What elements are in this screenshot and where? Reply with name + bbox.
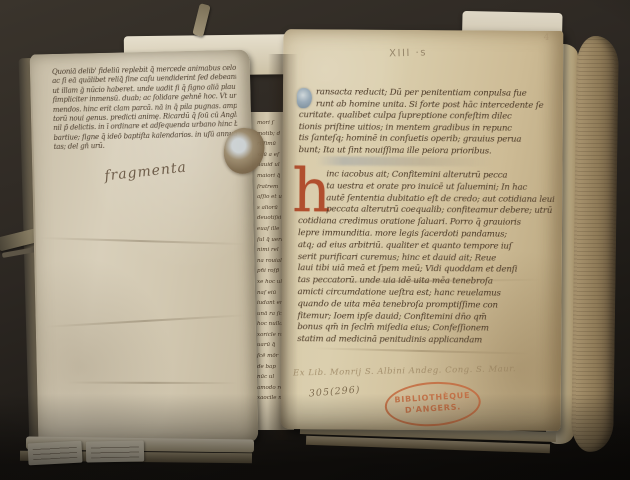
shelfmark: XIII ·s — [389, 47, 427, 59]
gutter-shadow — [268, 54, 298, 440]
bottom-fragment-tab — [86, 440, 144, 462]
script-line: ta uestra et orate pro inuicē ut ſaluemi… — [326, 181, 554, 194]
tab-script-texture — [33, 445, 78, 460]
damaged-blue-initial — [297, 88, 312, 108]
parchment-crease — [40, 237, 245, 245]
ex-libris-inscription: Ex Lib. Monrij S. Albini Andeg. Cong. S.… — [293, 364, 551, 379]
manuscript-photo: mori ſmotib; driſſimūxaū a eſdauid ulmai… — [0, 0, 630, 480]
accession-number: 305(296) — [309, 384, 361, 399]
stamp-line-2: D'ANGERS. — [405, 402, 462, 416]
parchment-crease — [311, 347, 531, 354]
cover-flap-edge — [571, 36, 619, 453]
binding-tie-top — [192, 3, 210, 37]
parchment-crease — [46, 314, 246, 328]
library-stamp: BIBLIOTHÈQUE D'ANGERS. — [383, 379, 482, 429]
right-page: XIII ·s 4 ransacta reducit; Dū per penit… — [281, 29, 564, 431]
script-line: statim ad medicinā penitudinis applicand… — [297, 334, 553, 348]
fragmenta-inscription: fragmenta — [104, 159, 188, 184]
initial-indent-spacer — [298, 169, 326, 206]
tab-script-texture — [91, 445, 139, 459]
paragraph-2: inc iacobus ait; Confitemini alterutrū p… — [297, 169, 554, 348]
left-leaf: Quoniā delib' fideliū replebit q̄ merced… — [30, 50, 259, 447]
bottom-fragment-tab — [27, 441, 82, 466]
erased-rubric-line — [316, 156, 494, 166]
folio-mark: 4 — [544, 33, 550, 43]
paragraph-1: ransacta reducit; Dū per penitentiam con… — [299, 87, 553, 158]
left-leaf-script-block: Quoniā delib' fideliū replebit q̄ merced… — [52, 64, 238, 153]
parchment-crease — [67, 382, 237, 385]
